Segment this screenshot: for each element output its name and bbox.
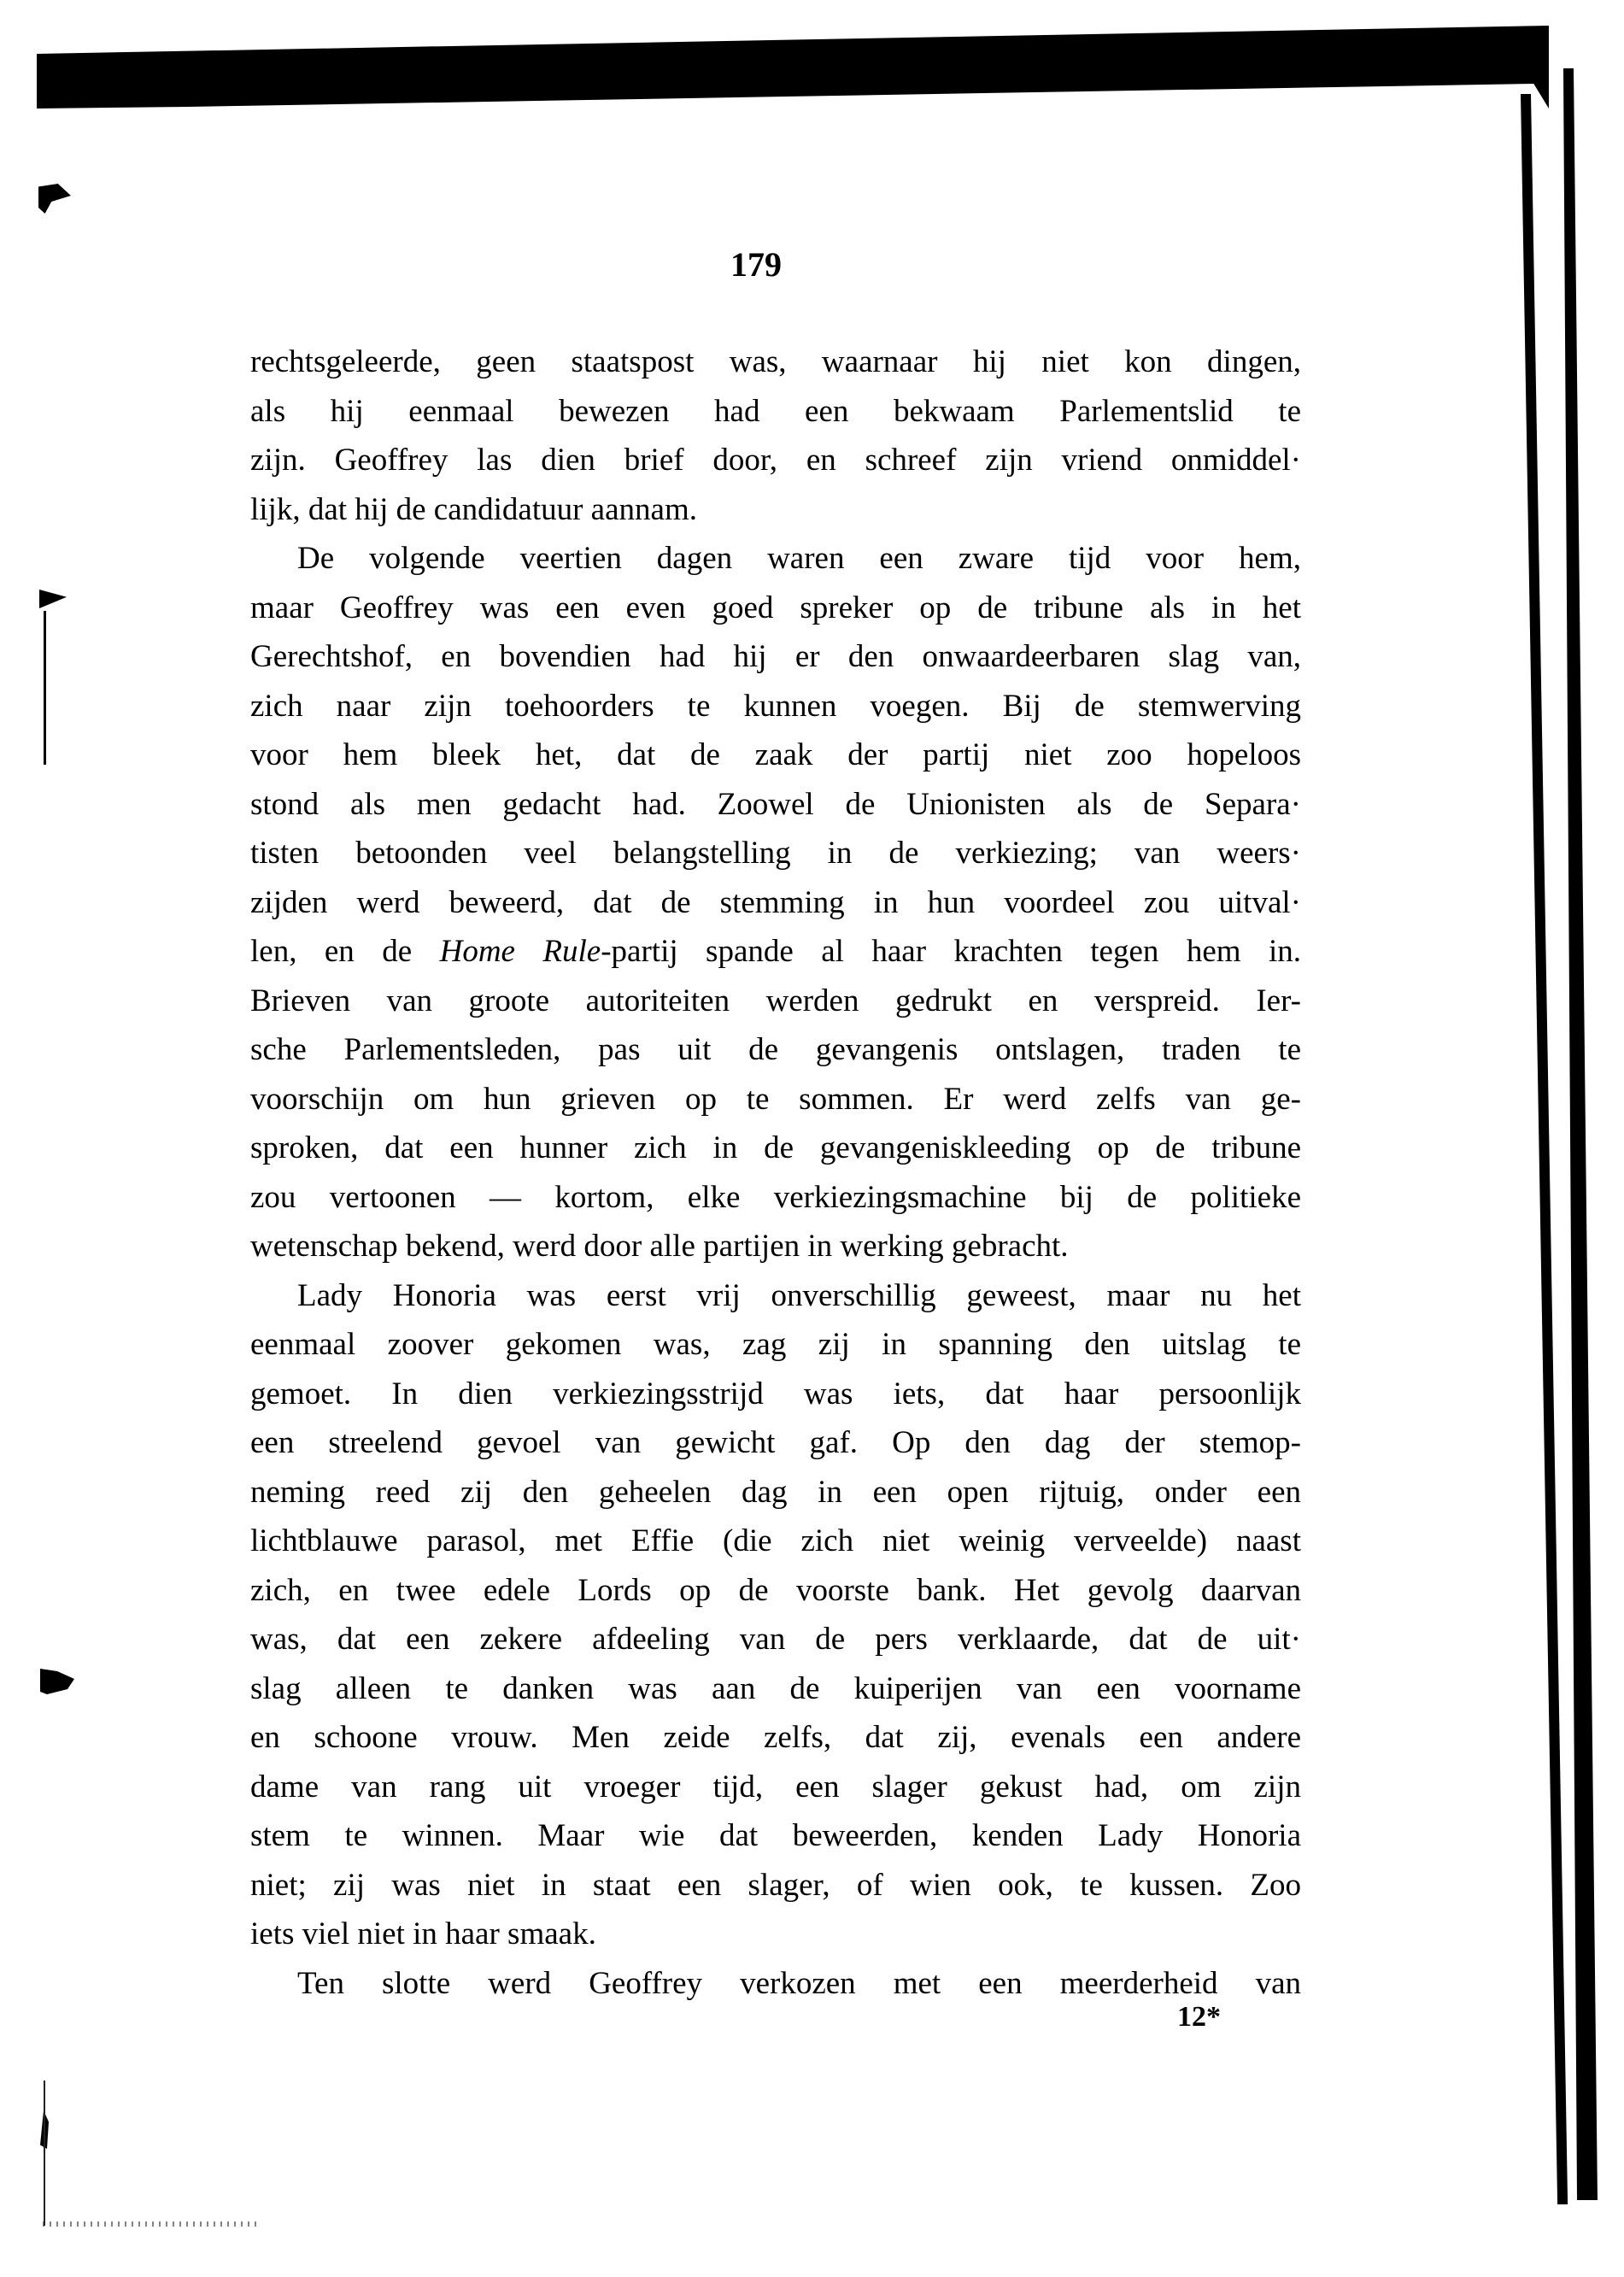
scan-border-right-thick [1563, 68, 1598, 2200]
text-line: eenmaal zoover gekomen was, zag zij in s… [250, 1320, 1301, 1370]
text-line: en schoone vrouw. Men zeide zelfs, dat z… [250, 1713, 1301, 1763]
text-line: als hij eenmaal bewezen had een bekwaam … [250, 387, 1301, 437]
text-line: een streelend gevoel van gewicht gaf. Op… [250, 1418, 1301, 1468]
margin-mark-arrow [40, 1669, 74, 1694]
scan-border-right-thin [1521, 94, 1568, 2204]
text-line: tisten betoonden veel belangstelling in … [250, 829, 1301, 878]
italic-phrase: Home Rule [440, 934, 601, 969]
text-line: slag alleen te danken was aan de kuiperi… [250, 1664, 1301, 1714]
text-line: De volgende veertien dagen waren een zwa… [250, 534, 1301, 584]
margin-mark-line [44, 611, 46, 765]
text-line: zich naar zijn toehoorders te kunnen voe… [250, 682, 1301, 731]
text-line: was, dat een zekere afdeeling van de per… [250, 1615, 1301, 1664]
body-text: rechtsgeleerde, geen staatspost was, waa… [250, 337, 1301, 2008]
text-line: sproken, dat een hunner zich in de gevan… [250, 1124, 1301, 1173]
text-line: stem te winnen. Maar wie dat beweerden, … [250, 1811, 1301, 1861]
text-line: voorschijn om hun grieven op te sommen. … [250, 1075, 1301, 1124]
text-line: zijden werd beweerd, dat de stemming in … [250, 878, 1301, 928]
margin-mark-arrow [38, 184, 71, 214]
text-line: len, en de Home Rule-partij spande al ha… [250, 927, 1301, 977]
text-line: Lady Honoria was eerst vrij onverschilli… [250, 1271, 1301, 1321]
text-line: Ten slotte werd Geoffrey verkozen met ee… [250, 1959, 1301, 2009]
text-line: wetenschap bekend, werd door alle partij… [250, 1222, 1301, 1271]
text-line: maar Geoffrey was een even goed spreker … [250, 584, 1301, 633]
text-line: sche Parlementsleden, pas uit de gevange… [250, 1025, 1301, 1075]
text-line: dame van rang uit vroeger tijd, een slag… [250, 1763, 1301, 1812]
text-line: Brieven van groote autoriteiten werden g… [250, 977, 1301, 1026]
signature-mark: 12* [1177, 2001, 1221, 2033]
text-line: gemoet. In dien verkiezingsstrijd was ie… [250, 1370, 1301, 1419]
text-line: rechtsgeleerde, geen staatspost was, waa… [250, 337, 1301, 387]
text-line: zijn. Geoffrey las dien brief door, en s… [250, 436, 1301, 485]
text-line: niet; zij was niet in staat een slager, … [250, 1861, 1301, 1910]
text-line: neming reed zij den geheelen dag in een … [250, 1468, 1301, 1517]
scan-border-bottom [43, 2221, 256, 2227]
text-line: Gerechtshof, en bovendien had hij er den… [250, 632, 1301, 682]
margin-mark-arrow [39, 590, 67, 608]
margin-mark-line [44, 2080, 45, 2226]
text-line: stond als men gedacht had. Zoowel de Uni… [250, 780, 1301, 830]
text-line: zou vertoonen — kortom, elke verkiezings… [250, 1173, 1301, 1223]
page-number: 179 [701, 244, 812, 285]
text-line: lijk, dat hij de candidatuur aannam. [250, 485, 1301, 535]
text-line: iets viel niet in haar smaak. [250, 1910, 1301, 1959]
text-line: zich, en twee edele Lords op de voorste … [250, 1566, 1301, 1616]
text-line: lichtblauwe parasol, met Effie (die zich… [250, 1517, 1301, 1566]
text-line: voor hem bleek het, dat de zaak der part… [250, 731, 1301, 780]
